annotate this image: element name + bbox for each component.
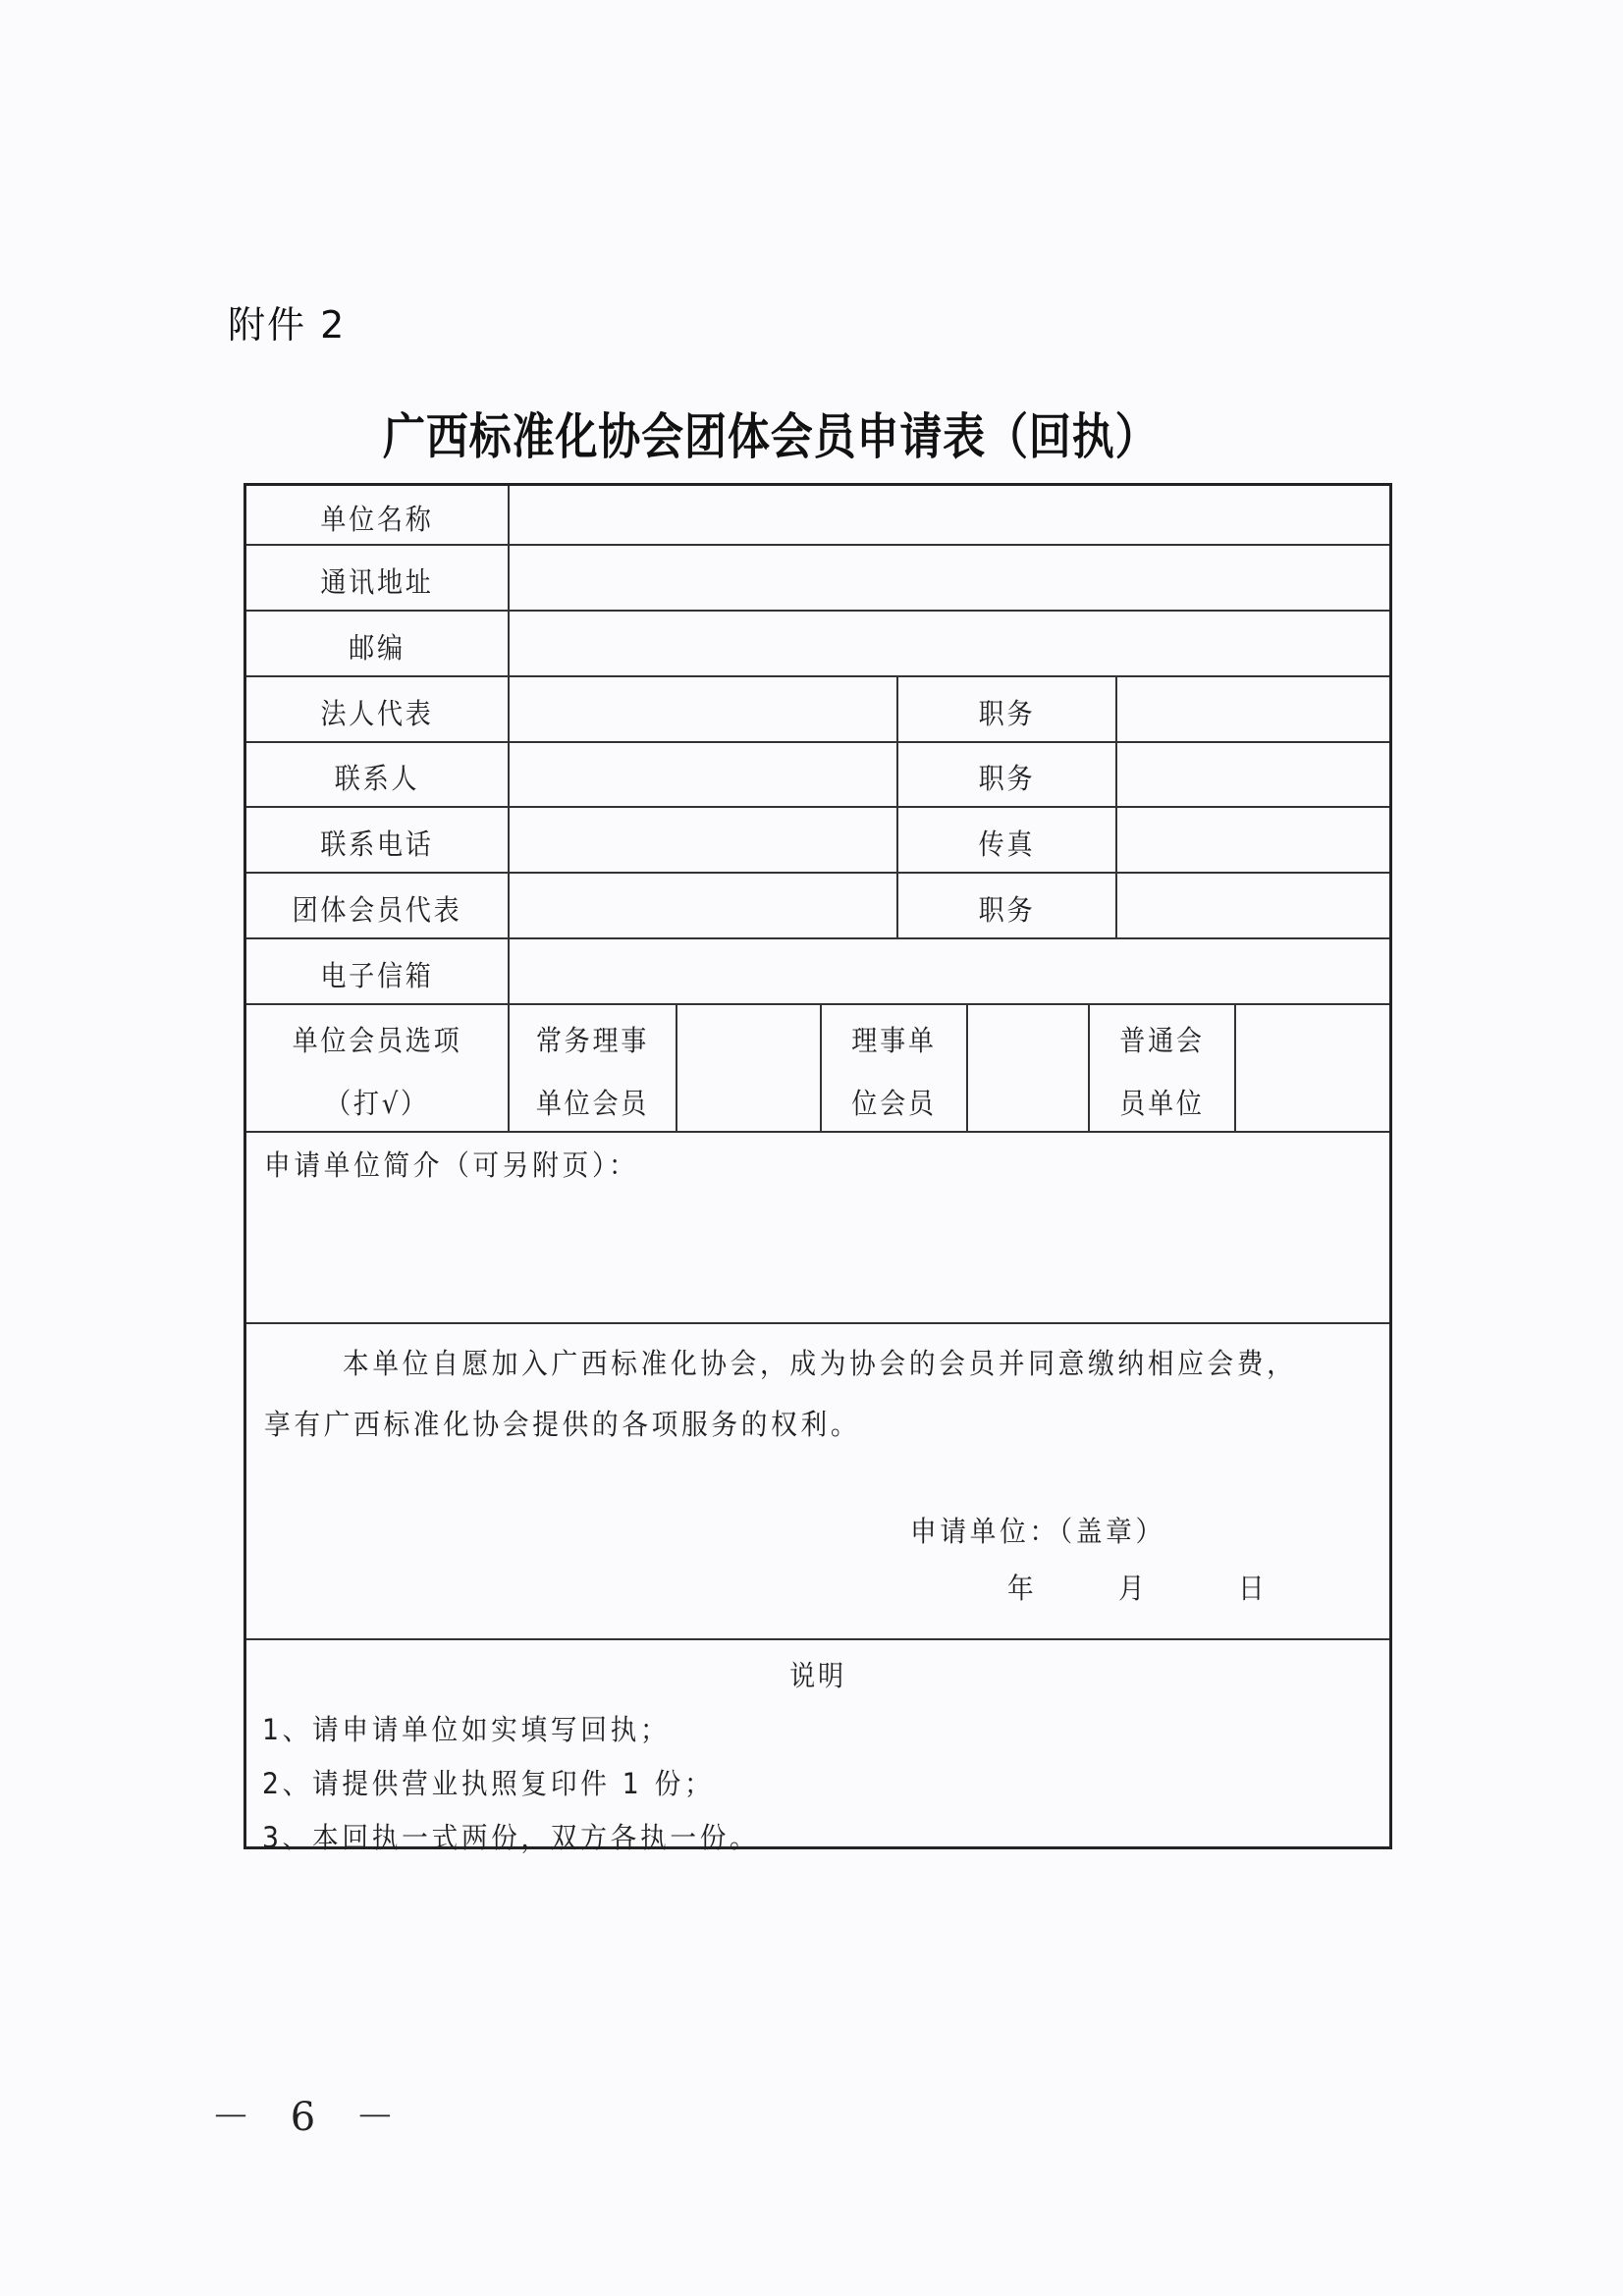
row-divider <box>246 1131 1389 1133</box>
executive-director-checkbox[interactable] <box>677 1005 820 1131</box>
declaration-line-2: 享有广西标准化协会提供的各项服务的权利。 <box>264 1403 860 1443</box>
label-fax: 传真 <box>909 823 1105 863</box>
document-title: 广西标准化协会团体会员申请表（回执） <box>383 398 1158 468</box>
option-director-line2: 位会员 <box>829 1082 958 1122</box>
option-ordinary-member-line1: 普通会 <box>1097 1019 1226 1059</box>
label-position: 职务 <box>909 692 1105 732</box>
mailing-address-field[interactable] <box>510 546 1389 610</box>
date-year-label: 年 <box>1007 1567 1037 1607</box>
option-executive-director-line2: 单位会员 <box>517 1082 667 1122</box>
attachment-label: 附件 2 <box>228 294 346 348</box>
signature-label: 申请单位：（盖章） <box>910 1510 1165 1550</box>
column-divider <box>896 675 898 937</box>
label-email: 电子信箱 <box>259 954 494 994</box>
note-item: 3、本回执一式两份，双方各执一份。 <box>262 1816 759 1856</box>
date-day-label: 日 <box>1238 1567 1268 1607</box>
director-checkbox[interactable] <box>968 1005 1088 1131</box>
label-contact-person: 联系人 <box>259 757 494 797</box>
declaration-line-1: 本单位自愿加入广西标准化协会，成为协会的会员并同意缴纳相应会费， <box>343 1342 1297 1382</box>
fax-field[interactable] <box>1117 808 1389 872</box>
unit-introduction-field[interactable] <box>246 1183 1389 1320</box>
unit-name-field[interactable] <box>510 486 1389 544</box>
row-divider <box>246 1638 1389 1640</box>
label-unit-introduction: 申请单位简介（可另附页）： <box>264 1144 638 1184</box>
label-contact-phone: 联系电话 <box>259 823 494 863</box>
row-divider <box>246 1322 1389 1324</box>
label-tick-hint: （打√） <box>259 1082 494 1122</box>
contact-person-field[interactable] <box>510 743 896 806</box>
page-number: － 6 － <box>211 2086 408 2142</box>
note-item: 2、请提供营业执照复印件 1 份； <box>262 1762 714 1802</box>
group-member-representative-field[interactable] <box>510 874 896 937</box>
option-executive-director-line1: 常务理事 <box>517 1019 667 1059</box>
option-director-line1: 理事单 <box>829 1019 958 1059</box>
option-ordinary-member-line2: 员单位 <box>1097 1082 1226 1122</box>
legal-representative-field[interactable] <box>510 677 896 741</box>
label-mailing-address: 通讯地址 <box>259 561 494 601</box>
column-divider <box>1088 1003 1090 1131</box>
label-membership-options: 单位会员选项 <box>259 1019 494 1059</box>
notes-heading: 说明 <box>303 1654 1332 1694</box>
note-item: 1、请申请单位如实填写回执； <box>262 1708 670 1748</box>
label-position: 职务 <box>909 888 1105 929</box>
legal-rep-position-field[interactable] <box>1117 677 1389 741</box>
application-form-table: 单位名称 通讯地址 邮编 法人代表 职务 联系人 职务 联系电话 传真 团体会员… <box>243 483 1392 1849</box>
label-group-member-representative: 团体会员代表 <box>259 888 494 929</box>
postal-code-field[interactable] <box>510 612 1389 675</box>
date-month-label: 月 <box>1118 1567 1148 1607</box>
contact-position-field[interactable] <box>1117 743 1389 806</box>
label-position: 职务 <box>909 757 1105 797</box>
contact-phone-field[interactable] <box>510 808 896 872</box>
email-field[interactable] <box>510 939 1389 1003</box>
label-legal-representative: 法人代表 <box>259 692 494 732</box>
label-unit-name: 单位名称 <box>259 498 494 538</box>
ordinary-member-checkbox[interactable] <box>1236 1005 1389 1131</box>
label-postal-code: 邮编 <box>259 626 494 667</box>
representative-position-field[interactable] <box>1117 874 1389 937</box>
column-divider <box>820 1003 822 1131</box>
